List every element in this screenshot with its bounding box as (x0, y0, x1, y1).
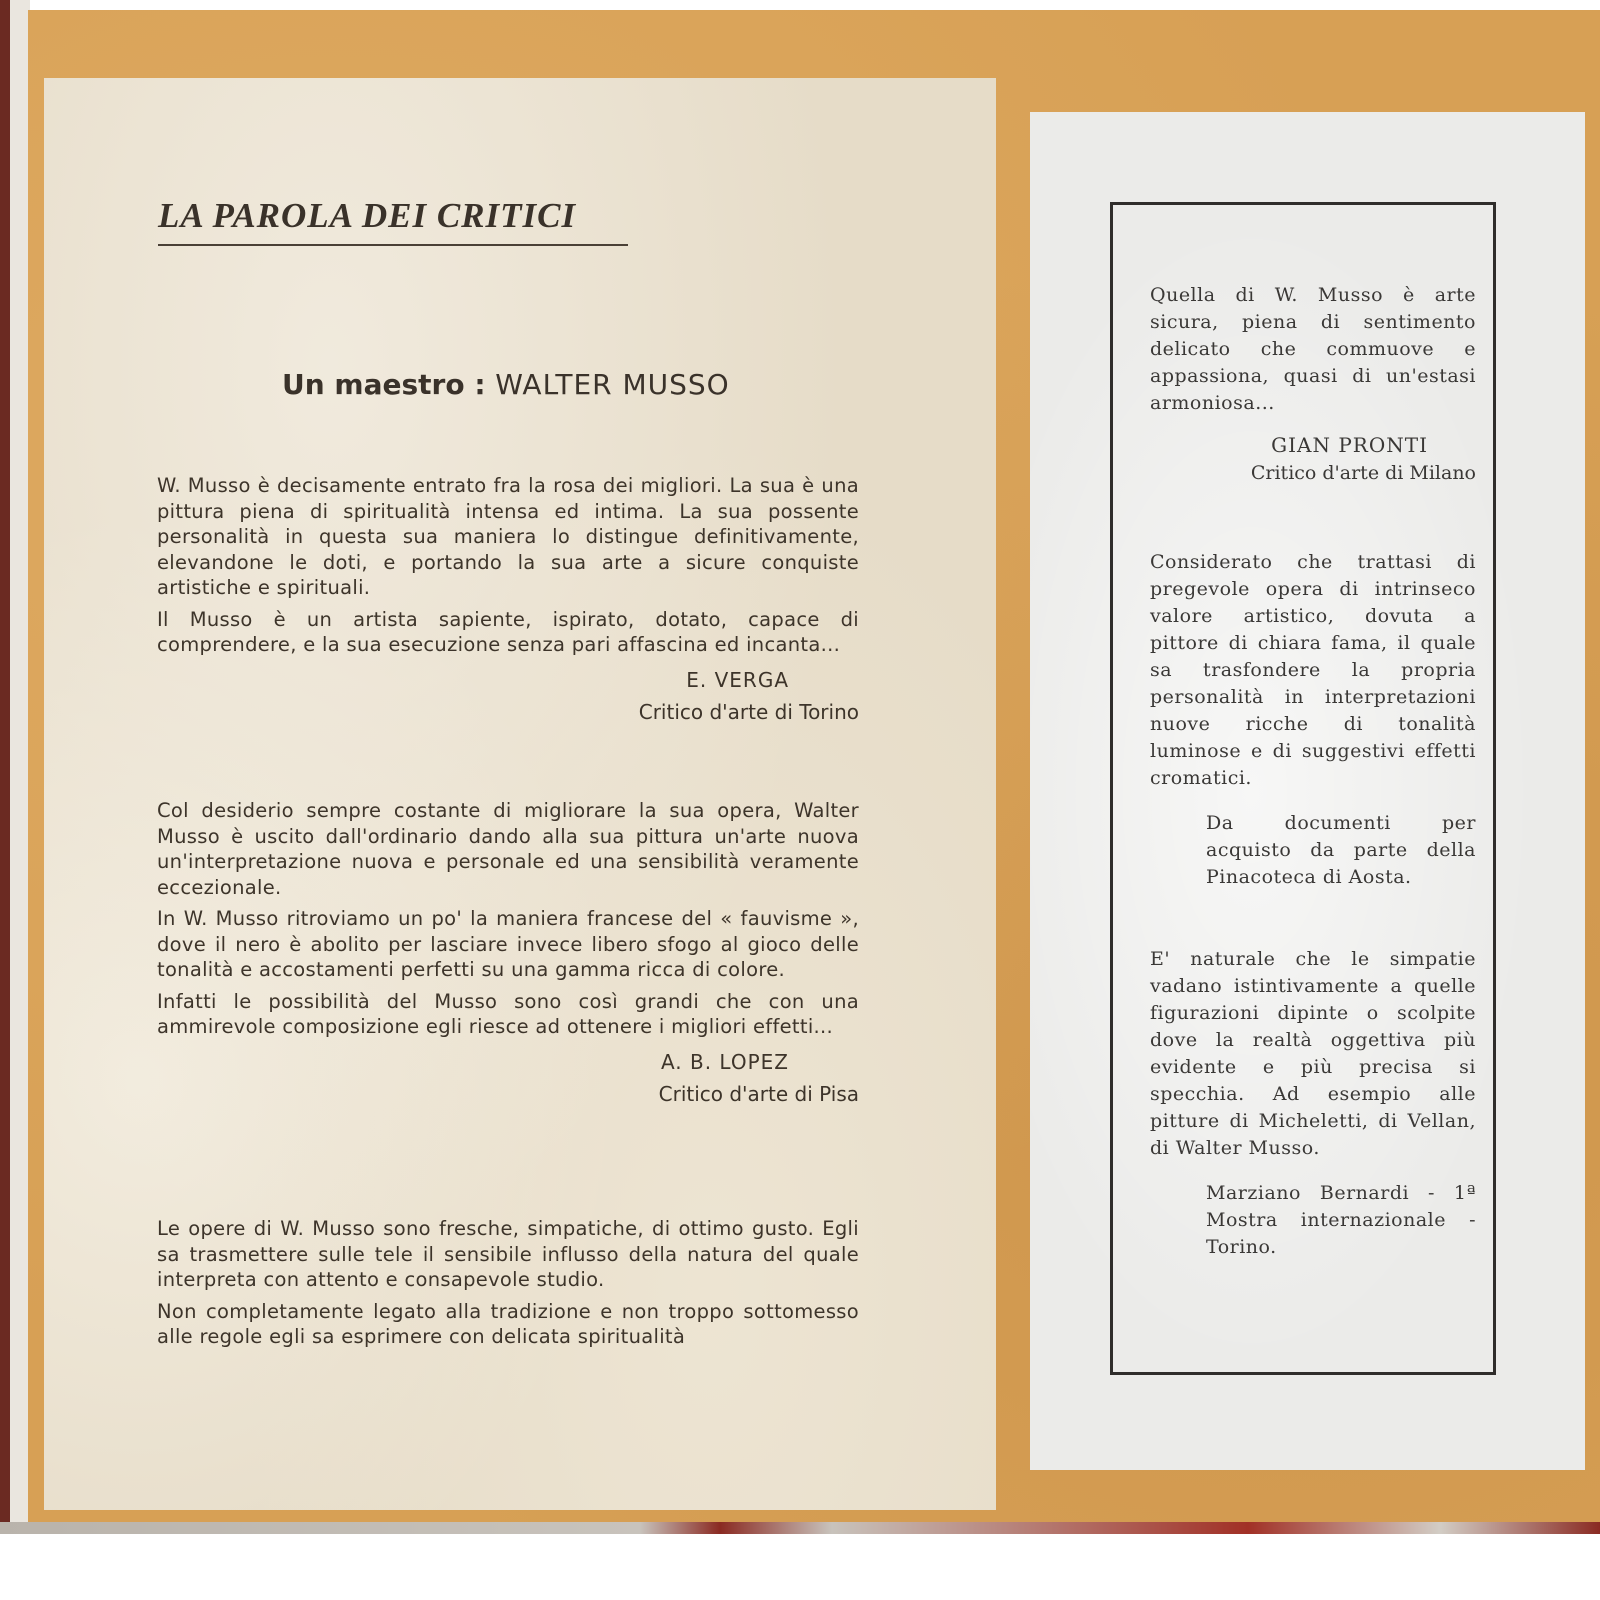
critic-name: A. B. LOPEZ (157, 1046, 859, 1078)
review-paragraph: Le opere di W. Musso sono fresche, simpa… (157, 1216, 859, 1293)
review-paragraph: W. Musso è decisamente entrato fra la ro… (157, 473, 859, 601)
review-paragraph: Considerato che trattasi di pregevole op… (1150, 549, 1476, 792)
album-bottom-edge (0, 1522, 1600, 1534)
review-source: Marziano Bernardi - 1ª Mostra internazio… (1150, 1180, 1476, 1261)
subtitle-prefix: Un maestro : (282, 368, 486, 401)
album-spine (0, 0, 10, 1530)
review-paragraph: Non completamente legato alla tradizione… (157, 1299, 859, 1350)
review-source: Da documenti per acquisto da parte della… (1150, 810, 1476, 891)
review-bernardi: E' naturale che le simpatie vadano istin… (1150, 946, 1476, 1261)
review-third: Le opere di W. Musso sono fresche, simpa… (157, 1216, 859, 1356)
title-underline (158, 244, 628, 246)
review-verga: W. Musso è decisamente entrato fra la ro… (157, 473, 859, 728)
review-signature: A. B. LOPEZ Critico d'arte di Pisa (157, 1046, 859, 1110)
review-signature: GIAN PRONTI Critico d'arte di Milano (1150, 431, 1476, 487)
artist-name: WALTER MUSSO (495, 368, 729, 401)
review-pronti: Quella di W. Musso è arte sicura, piena … (1150, 282, 1476, 487)
review-lopez: Col desiderio sempre costante di miglior… (157, 798, 859, 1110)
critic-role: Critico d'arte di Torino (157, 696, 859, 728)
review-signature: E. VERGA Critico d'arte di Torino (157, 664, 859, 728)
review-paragraph: Infatti le possibilità del Musso sono co… (157, 989, 859, 1040)
page-edge (10, 0, 30, 1530)
review-pinacoteca: Considerato che trattasi di pregevole op… (1150, 549, 1476, 891)
critic-role: Critico d'arte di Milano (1150, 459, 1476, 487)
critic-name: E. VERGA (157, 664, 859, 696)
critics-clipping-right: Quella di W. Musso è arte sicura, piena … (1030, 112, 1585, 1470)
critic-name: GIAN PRONTI (1150, 431, 1476, 459)
subtitle: Un maestro : WALTER MUSSO (282, 368, 730, 401)
review-paragraph: Quella di W. Musso è arte sicura, piena … (1150, 282, 1476, 417)
review-paragraph: In W. Musso ritroviamo un po' la maniera… (157, 906, 859, 983)
critics-clipping-left: LA PAROLA DEI CRITICI Un maestro : WALTE… (44, 78, 996, 1510)
review-paragraph: Il Musso è un artista sapiente, ispirato… (157, 607, 859, 658)
critic-role: Critico d'arte di Pisa (157, 1078, 859, 1110)
page-title: LA PAROLA DEI CRITICI (158, 196, 576, 236)
review-paragraph: Col desiderio sempre costante di miglior… (157, 798, 859, 900)
review-paragraph: E' naturale che le simpatie vadano istin… (1150, 946, 1476, 1162)
